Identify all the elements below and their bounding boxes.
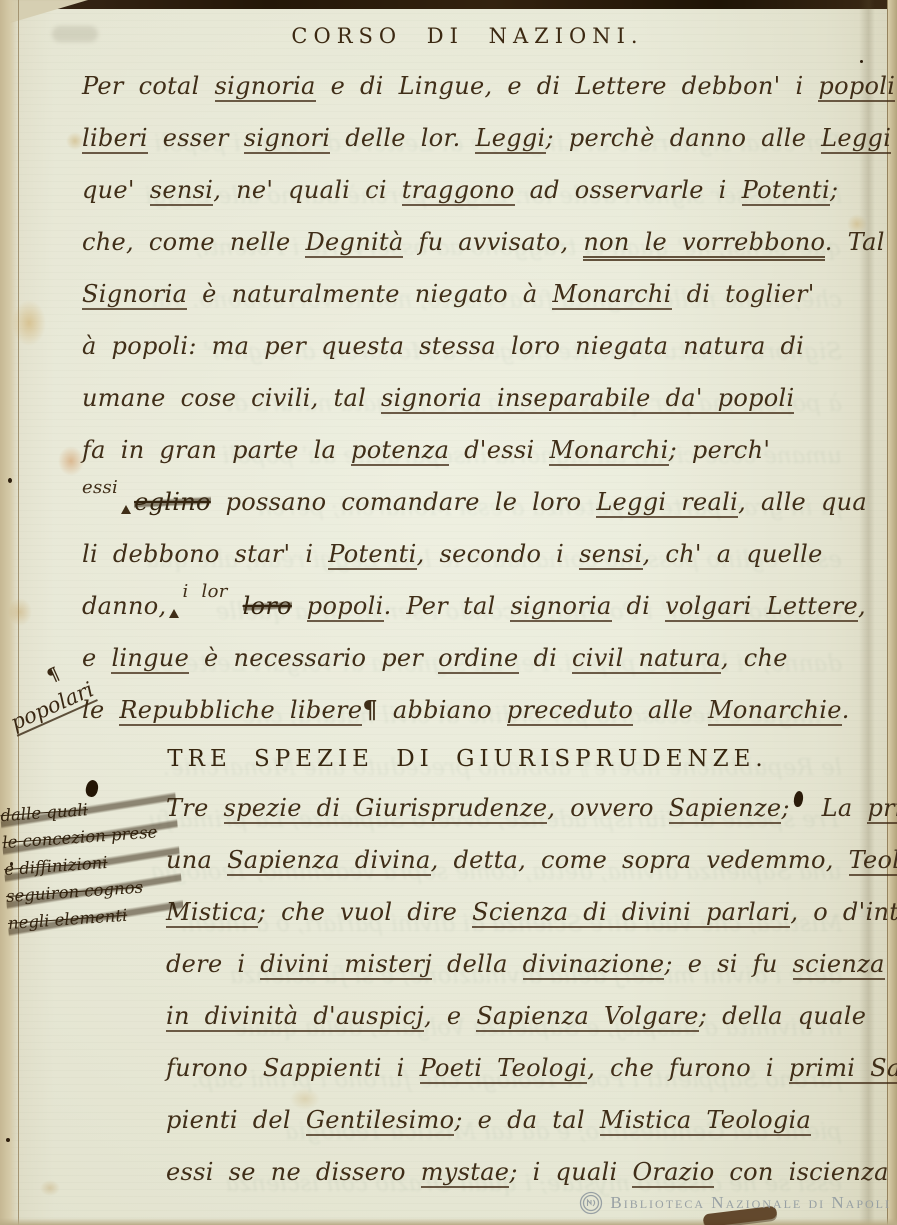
paragraph-corso-di-nazioni: Per cotal signoria e di Lingue, e di Let… bbox=[82, 60, 853, 736]
text-segment: , alle qua bbox=[738, 488, 867, 516]
underlined-text: Poeti Teologi bbox=[420, 1054, 588, 1084]
underlined-text: Repubbliche libere bbox=[119, 696, 362, 726]
inserted-word: i lor bbox=[182, 583, 227, 601]
underlined-text: mystae bbox=[421, 1158, 510, 1188]
manuscript-line: essieglino possano comandare le loro Leg… bbox=[82, 476, 853, 528]
underlined-text: divini misterj bbox=[260, 950, 432, 980]
text-segment: , secondo i bbox=[417, 540, 579, 568]
manuscript-line: Mistica; che vuol dire Scienza di divini… bbox=[166, 886, 853, 938]
underlined-text: Potenti bbox=[742, 176, 830, 206]
text-segment: essi se ne dissero bbox=[166, 1158, 421, 1186]
insertion-sign: ¶ bbox=[44, 663, 63, 687]
text-segment: pienti del bbox=[166, 1106, 306, 1134]
text-segment: furono Sappienti i bbox=[166, 1054, 420, 1082]
text-segment: possano comandare le loro bbox=[211, 488, 597, 516]
manuscript-line: que' sensi, ne' quali ci traggono ad oss… bbox=[82, 164, 853, 216]
underlined-text: signoria bbox=[215, 72, 316, 102]
manuscript-line: pienti del Gentilesimo; e da tal Mistica… bbox=[166, 1094, 853, 1146]
underlined-text: traggono bbox=[402, 176, 515, 206]
text-segment: dere i bbox=[166, 950, 260, 978]
underlined-text: Teologia bbox=[849, 846, 897, 876]
text-segment: . bbox=[842, 696, 850, 724]
text-segment: fa in gran parte la bbox=[82, 436, 351, 464]
text-segment: di bbox=[612, 592, 666, 620]
text-segment: ; bbox=[781, 794, 789, 822]
underlined-text: volgari Lettere bbox=[665, 592, 858, 622]
text-segment: ; e da tal bbox=[454, 1106, 599, 1134]
text-segment: La bbox=[807, 794, 868, 822]
underlined-text: in divinità d'auspicj bbox=[166, 1002, 424, 1032]
text-segment: umane cose civili, tal bbox=[82, 384, 381, 412]
caret-mark bbox=[169, 609, 179, 618]
manuscript-line: le Repubbliche libere¶ abbiano preceduto… bbox=[82, 684, 853, 736]
underlined-text: signoria inseparabile da' popoli bbox=[381, 384, 794, 414]
underlined-text: sensi bbox=[579, 540, 642, 570]
text-segment: ; che vuol dire bbox=[258, 898, 472, 926]
underlined-text: liberi bbox=[82, 124, 148, 154]
text-segment: li debbono star' i bbox=[82, 540, 328, 568]
underlined-text: popoli bbox=[818, 72, 895, 102]
manuscript-line: liberi esser signori delle lor. Leggi; p… bbox=[82, 112, 853, 164]
manuscript-line: fa in gran parte la potenza d'essi Monar… bbox=[82, 424, 853, 476]
underlined-text: prima bbox=[867, 794, 897, 824]
manuscript-line: Signoria è naturalmente niegato à Monarc… bbox=[82, 268, 853, 320]
crossed-out-word: eglino bbox=[134, 488, 211, 516]
underlined-text: non le vorrebbono bbox=[583, 228, 824, 261]
underlined-text: Mistica Teologia bbox=[600, 1106, 811, 1136]
section-heading: TRE SPEZIE DI GIURISPRUDENZE. bbox=[82, 736, 853, 782]
text-segment: , ovvero bbox=[547, 794, 668, 822]
underlined-text: scienza bbox=[793, 950, 885, 980]
underlined-text: signoria bbox=[510, 592, 611, 622]
text-segment: . Tal bbox=[825, 228, 885, 256]
manuscript-line: danno,i lor loro popoli. Per tal signori… bbox=[82, 580, 853, 632]
text-segment: danno, bbox=[82, 592, 166, 620]
text-segment bbox=[292, 592, 307, 620]
text-segment: e di Lingue, e di Lettere debbon' i bbox=[316, 72, 819, 100]
page-edge-right bbox=[887, 0, 897, 1225]
text-segment: , ch' a quelle bbox=[643, 540, 823, 568]
text-segment: con iscienza bbox=[714, 1158, 888, 1186]
text-segment: che, come nelle bbox=[82, 228, 305, 256]
manuscript-line: à popoli: ma per questa stessa loro nieg… bbox=[82, 320, 853, 372]
text-segment: esser bbox=[148, 124, 244, 152]
underlined-text: Monarchi bbox=[549, 436, 668, 466]
text-segment: di bbox=[519, 644, 573, 672]
underlined-text: Monarchi bbox=[552, 280, 671, 310]
library-watermark-label: Biblioteca Nazionale di Napoli bbox=[610, 1193, 891, 1213]
text-segment: , ne' quali ci bbox=[213, 176, 402, 204]
text-segment: della bbox=[432, 950, 523, 978]
underlined-text: spezie di Giurisprudenze bbox=[224, 794, 548, 824]
text-segment: , e bbox=[424, 1002, 476, 1030]
manuscript-content: CORSO DI NAZIONI. Per cotal signoria e d… bbox=[82, 16, 853, 1198]
underlined-text: Sapienza Volgare bbox=[476, 1002, 698, 1032]
manuscript-page: Per cotal signoria e di Lingue, e di Let… bbox=[0, 0, 897, 1225]
manuscript-line: furono Sappienti i Poeti Teologi, che fu… bbox=[166, 1042, 853, 1094]
caret-mark bbox=[121, 505, 131, 514]
text-segment: ; perch' bbox=[669, 436, 771, 464]
text-segment: à popoli: ma per questa stessa loro nieg… bbox=[82, 332, 804, 360]
underlined-text: Monarchie bbox=[708, 696, 842, 726]
text-segment: ; della quale bbox=[699, 1002, 866, 1030]
underlined-text: Sapienze bbox=[669, 794, 782, 824]
manuscript-line: Tre spezie di Giurisprudenze, ovvero Sap… bbox=[166, 782, 853, 834]
inserted-word: essi bbox=[82, 479, 118, 497]
text-segment: ; perchè danno alle bbox=[546, 124, 822, 152]
underlined-text: Scienza di divini parlari bbox=[472, 898, 790, 928]
text-segment: è naturalmente niegato à bbox=[187, 280, 552, 308]
text-segment: . Per tal bbox=[384, 592, 511, 620]
text-segment: ad osservarle i bbox=[515, 176, 742, 204]
text-segment: è necessario per bbox=[189, 644, 438, 672]
manuscript-line: che, come nelle Degnità fu avvisato, non… bbox=[82, 216, 853, 268]
library-logo-icon bbox=[579, 1191, 603, 1215]
manuscript-line: umane cose civili, tal signoria insepara… bbox=[82, 372, 853, 424]
text-segment: fu avvisato, bbox=[403, 228, 583, 256]
text-segment: Per cotal bbox=[82, 72, 215, 100]
page-edge-left bbox=[0, 0, 19, 1225]
text-segment: , che bbox=[721, 644, 788, 672]
underlined-text: Potenti bbox=[328, 540, 416, 570]
underlined-text: primi Sap. bbox=[789, 1054, 897, 1084]
underlined-text: Gentilesimo bbox=[306, 1106, 455, 1136]
text-segment: ; e si fu bbox=[664, 950, 792, 978]
paper-stain bbox=[58, 446, 84, 476]
text-segment: que' bbox=[82, 176, 150, 204]
page-title: CORSO DI NAZIONI. bbox=[82, 16, 853, 56]
manuscript-line: in divinità d'auspicj, e Sapienza Volgar… bbox=[166, 990, 853, 1042]
ink-blot-mark bbox=[792, 790, 804, 807]
crossed-out-word: loro bbox=[243, 592, 292, 620]
manuscript-line: li debbono star' i Potenti, secondo i se… bbox=[82, 528, 853, 580]
manuscript-line: dere i divini misterj della divinazione;… bbox=[166, 938, 853, 990]
text-segment bbox=[228, 592, 243, 620]
text-segment: , bbox=[858, 592, 866, 620]
manuscript-line: Per cotal signoria e di Lingue, e di Let… bbox=[82, 60, 853, 112]
margin-note-crossed-out: dalle qualile concezion presee diffinizi… bbox=[0, 790, 184, 937]
library-watermark: Biblioteca Nazionale di Napoli bbox=[579, 1191, 891, 1215]
underlined-text: Orazio bbox=[632, 1158, 714, 1188]
underlined-text: Leggi bbox=[475, 124, 545, 154]
underlined-text: Signoria bbox=[82, 280, 187, 310]
underlined-text: Sapienza divina bbox=[227, 846, 431, 876]
underlined-text: Degnità bbox=[305, 228, 403, 258]
underlined-text: popoli bbox=[307, 592, 384, 622]
underlined-text: lingue bbox=[111, 644, 189, 674]
manuscript-line: e lingue è necessario per ordine di civi… bbox=[82, 632, 853, 684]
underlined-text: potenza bbox=[351, 436, 449, 466]
paper-stain bbox=[40, 1180, 60, 1196]
paragraph-tre-spezie: Tre spezie di Giurisprudenze, ovvero Sap… bbox=[82, 782, 853, 1198]
text-segment: ; i quali bbox=[509, 1158, 632, 1186]
underlined-text: civil natura bbox=[572, 644, 721, 674]
manuscript-line: una Sapienza divina, detta, come sopra v… bbox=[166, 834, 853, 886]
underlined-text: sensi bbox=[150, 176, 213, 206]
underlined-text: divinazione bbox=[523, 950, 665, 980]
underlined-text: preceduto bbox=[507, 696, 633, 726]
insertion-sign: ¶ bbox=[362, 695, 378, 724]
underlined-text: signori bbox=[244, 124, 331, 154]
text-segment: alle bbox=[633, 696, 708, 724]
text-segment: d'essi bbox=[449, 436, 549, 464]
underlined-text: Leggi bbox=[821, 124, 891, 154]
text-segment: , detta, come sopra vedemmo, bbox=[431, 846, 849, 874]
text-segment: delle lor. bbox=[330, 124, 475, 152]
text-segment: , o d'inten. bbox=[790, 898, 897, 926]
page-edge-top bbox=[0, 0, 897, 9]
text-segment: , che furono i bbox=[587, 1054, 789, 1082]
text-segment: e bbox=[82, 644, 111, 672]
text-segment: di toglier' bbox=[672, 280, 815, 308]
underlined-text: ordine bbox=[438, 644, 518, 674]
text-segment: ; bbox=[830, 176, 838, 204]
text-segment: abbiano bbox=[378, 696, 507, 724]
underlined-text: Leggi reali bbox=[596, 488, 738, 518]
